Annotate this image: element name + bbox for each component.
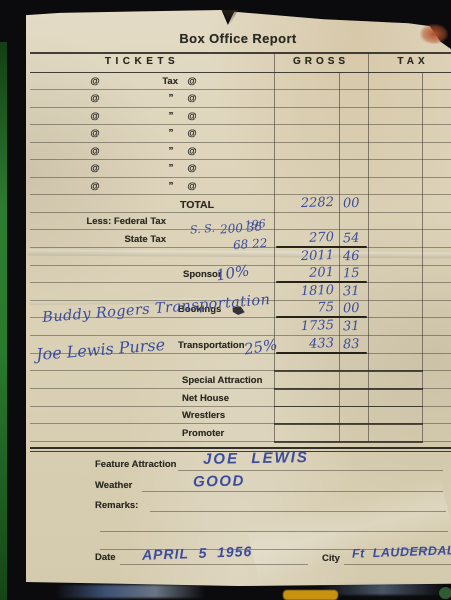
row-label-special-attraction: Special Attraction — [182, 375, 262, 386]
grid-line — [120, 564, 308, 565]
grid-line — [422, 72, 423, 441]
gross-amount-dollars: 201 — [274, 265, 334, 282]
grid-line — [30, 107, 451, 108]
grid-line — [30, 89, 451, 90]
gross-amount-cents: 54 — [343, 230, 368, 246]
grid-line — [274, 441, 423, 443]
sleeve-highlight-yellow — [283, 590, 338, 600]
gross-amount-dollars: 75 — [274, 300, 334, 317]
background-green-edge — [0, 42, 7, 600]
gross-amount-cents: 31 — [343, 283, 368, 299]
ticket-at-symbol: @ — [87, 128, 103, 139]
gross-amount-cents: 83 — [343, 336, 368, 352]
grid-line — [100, 531, 448, 532]
city-label: City — [322, 553, 340, 564]
sleeve-highlight-green — [439, 587, 451, 599]
column-header-tax: TAX — [378, 56, 448, 67]
grid-line — [344, 564, 451, 565]
ticket-ditto-mark: ” — [163, 93, 179, 104]
column-header-gross: GROSS — [281, 56, 361, 67]
handwritten-federal-tax-amount: 200 36 — [220, 220, 263, 237]
grid-line — [30, 335, 451, 336]
column-header-tickets: TICKETS — [92, 56, 192, 67]
row-label-state-tax: State Tax — [60, 234, 166, 245]
ticket-ditto-mark: ” — [163, 111, 179, 122]
grid-line — [178, 470, 443, 471]
gross-amount-dollars: 1735 — [274, 318, 334, 335]
gross-amount-cents: 00 — [343, 301, 368, 317]
grid-line — [30, 52, 451, 54]
grid-line — [274, 423, 423, 425]
handwritten-state-tax-amount: 68 22 — [233, 236, 268, 252]
ticket-ditto-mark: ” — [163, 128, 179, 139]
grid-line — [368, 52, 369, 441]
handwritten-weather: GOOD — [193, 473, 245, 491]
ticket-at-symbol: @ — [184, 181, 200, 192]
remarks-label: Remarks: — [95, 500, 138, 511]
grid-line — [30, 159, 451, 160]
form-title: Box Office Report — [158, 31, 318, 46]
gross-amount-dollars: 270 — [274, 230, 334, 247]
ticket-at-symbol: @ — [184, 93, 200, 104]
sleeve-glare-blue — [55, 585, 205, 598]
ticket-at-symbol: @ — [87, 163, 103, 174]
grid-line — [30, 194, 451, 195]
grid-line — [30, 447, 451, 450]
ticket-at-symbol: @ — [184, 128, 200, 139]
sleeve-glare-blue — [320, 584, 445, 595]
ticket-at-symbol: @ — [184, 146, 200, 157]
row-label-less-federal-tax: Less: Federal Tax — [60, 216, 166, 227]
grid-line — [30, 177, 451, 178]
ticket-at-symbol: @ — [184, 111, 200, 122]
gross-amount-cents: 00 — [343, 195, 368, 211]
grid-line — [150, 511, 446, 512]
ticket-at-symbol: @ — [87, 181, 103, 192]
gross-amount-cents: 46 — [343, 248, 368, 264]
ticket-ditto-mark: ” — [163, 146, 179, 157]
row-label-net-house: Net House — [182, 393, 229, 404]
row-label-promoter: Promoter — [182, 428, 224, 439]
row-label-transportation: Transportation — [178, 340, 245, 351]
grid-line — [30, 142, 451, 143]
ticket-at-symbol: @ — [184, 163, 200, 174]
ticket-tax-label: Tax — [130, 76, 178, 87]
grid-line — [142, 491, 443, 492]
ticket-at-symbol: @ — [87, 93, 103, 104]
gross-amount-dollars: 2282 — [274, 195, 334, 212]
ticket-ditto-mark: ” — [163, 181, 179, 192]
handwritten-feature-attraction: JOE LEWIS — [203, 449, 309, 468]
grid-line — [339, 72, 340, 441]
gross-amount-dollars: 1810 — [274, 283, 334, 300]
ticket-at-symbol: @ — [87, 146, 103, 157]
grid-line — [30, 282, 451, 283]
ticket-at-symbol: @ — [87, 111, 103, 122]
grid-line — [274, 370, 423, 372]
gross-amount-cents: 31 — [343, 319, 368, 335]
ticket-ditto-mark: ” — [163, 163, 179, 174]
gross-amount-dollars: 2011 — [274, 248, 334, 265]
grid-line — [274, 406, 423, 408]
row-label-wrestlers: Wrestlers — [182, 410, 225, 421]
grid-line — [274, 388, 423, 390]
ticket-at-symbol: @ — [87, 76, 103, 87]
ticket-at-symbol: @ — [184, 76, 200, 87]
feature-attraction-label: Feature Attraction — [95, 459, 176, 470]
scanned-box-office-report-photo: Box Office Report TICKETS GROSS TAX @Tax… — [0, 0, 451, 600]
handwritten-total-rule — [276, 352, 367, 354]
gross-amount-cents: 15 — [343, 266, 368, 282]
weather-label: Weather — [95, 480, 132, 491]
grid-line — [30, 72, 451, 73]
gross-amount-dollars: 433 — [274, 336, 334, 353]
grid-line — [30, 124, 451, 125]
date-label: Date — [95, 552, 116, 563]
